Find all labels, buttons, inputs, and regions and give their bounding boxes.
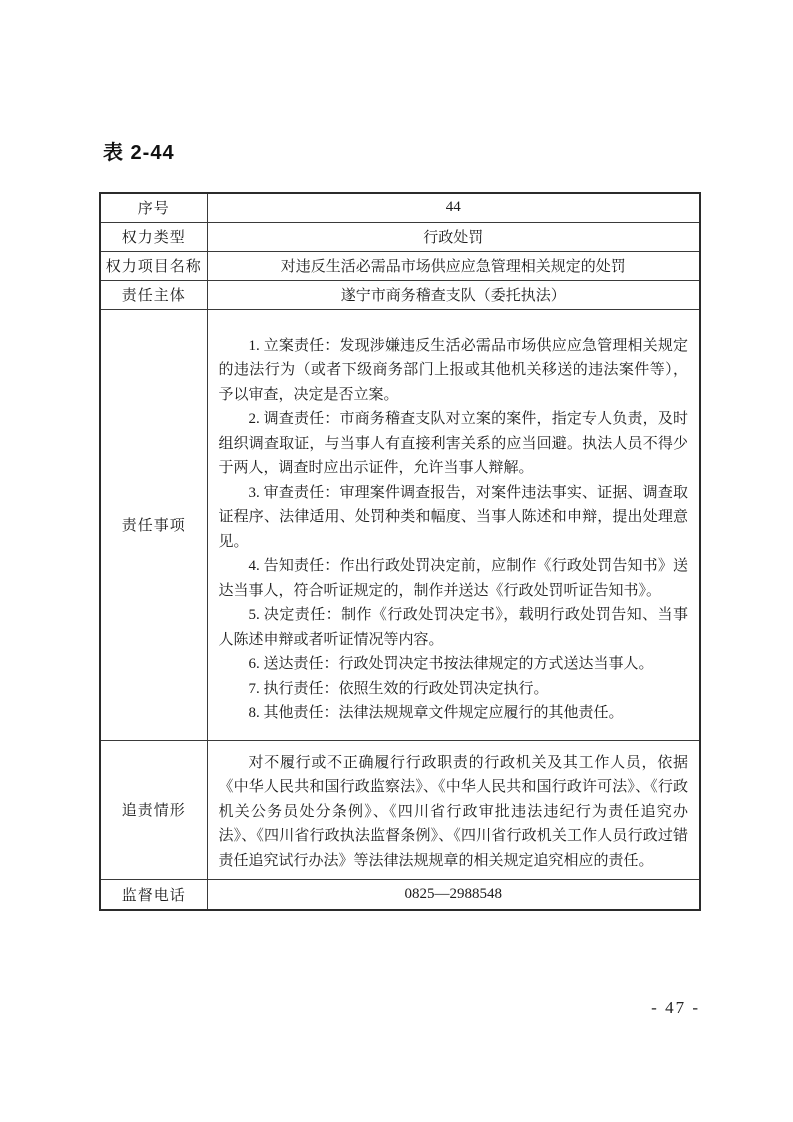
row-label-serial: 序号: [100, 193, 207, 222]
row-value-supervision-phone: 0825—2988548: [207, 880, 700, 910]
power-item-table: 序号 44 权力类型 行政处罚 权力项目名称 对违反生活必需品市场供应应急管理相…: [99, 192, 701, 911]
row-label-duty-items: 责任事项: [100, 309, 207, 740]
table-row-responsible-body: 责任主体 遂宁市商务稽查支队（委托执法）: [100, 280, 700, 309]
accountability-text: 对不履行或不正确履行行政职责的行政机关及其工作人员，依据《中华人民共和国行政监察…: [208, 741, 700, 880]
duty-paragraph: 8. 其他责任：法律法规规章文件规定应履行的其他责任。: [219, 701, 689, 726]
duty-paragraph: 4. 告知责任：作出行政处罚决定前，应制作《行政处罚告知书》送达当事人，符合听证…: [219, 554, 689, 603]
duty-items-text: 1. 立案责任：发现涉嫌违反生活必需品市场供应应急管理相关规定的违法行为（或者下…: [208, 310, 700, 740]
duty-paragraph: 3. 审查责任：审理案件调查报告，对案件违法事实、证据、调查取证程序、法律适用、…: [219, 481, 689, 555]
duty-paragraph: 2. 调查责任：市商务稽查支队对立案的案件，指定专人负责，及时组织调查取证，与当…: [219, 407, 689, 481]
page-number: - 47 -: [0, 998, 700, 1018]
table-row-power-type: 权力类型 行政处罚: [100, 222, 700, 251]
row-label-power-type: 权力类型: [100, 222, 207, 251]
table-row-accountability: 追责情形 对不履行或不正确履行行政职责的行政机关及其工作人员，依据《中华人民共和…: [100, 740, 700, 880]
accountability-paragraph: 对不履行或不正确履行行政职责的行政机关及其工作人员，依据《中华人民共和国行政监察…: [219, 751, 689, 874]
duty-paragraph: 6. 送达责任：行政处罚决定书按法律规定的方式送达当事人。: [219, 652, 689, 677]
table-row-supervision-phone: 监督电话 0825—2988548: [100, 880, 700, 910]
table-row-duty-items: 责任事项 1. 立案责任：发现涉嫌违反生活必需品市场供应应急管理相关规定的违法行…: [100, 309, 700, 740]
duty-items-cell: 1. 立案责任：发现涉嫌违反生活必需品市场供应应急管理相关规定的违法行为（或者下…: [207, 309, 700, 740]
row-label-accountability: 追责情形: [100, 740, 207, 880]
duty-paragraph: 7. 执行责任：依照生效的行政处罚决定执行。: [219, 677, 689, 702]
accountability-cell: 对不履行或不正确履行行政职责的行政机关及其工作人员，依据《中华人民共和国行政监察…: [207, 740, 700, 880]
row-value-power-type: 行政处罚: [207, 222, 700, 251]
row-value-responsible-body: 遂宁市商务稽查支队（委托执法）: [207, 280, 700, 309]
row-value-power-name: 对违反生活必需品市场供应应急管理相关规定的处罚: [207, 251, 700, 280]
row-value-serial: 44: [207, 193, 700, 222]
duty-paragraph: 1. 立案责任：发现涉嫌违反生活必需品市场供应应急管理相关规定的违法行为（或者下…: [219, 334, 689, 408]
table-row-power-name: 权力项目名称 对违反生活必需品市场供应应急管理相关规定的处罚: [100, 251, 700, 280]
table-row-serial: 序号 44: [100, 193, 700, 222]
row-label-supervision-phone: 监督电话: [100, 880, 207, 910]
table-caption: 表 2-44: [103, 136, 175, 165]
row-label-responsible-body: 责任主体: [100, 280, 207, 309]
duty-paragraph: 5. 决定责任：制作《行政处罚决定书》，载明行政处罚告知、当事人陈述申辩或者听证…: [219, 603, 689, 652]
row-label-power-name: 权力项目名称: [100, 251, 207, 280]
